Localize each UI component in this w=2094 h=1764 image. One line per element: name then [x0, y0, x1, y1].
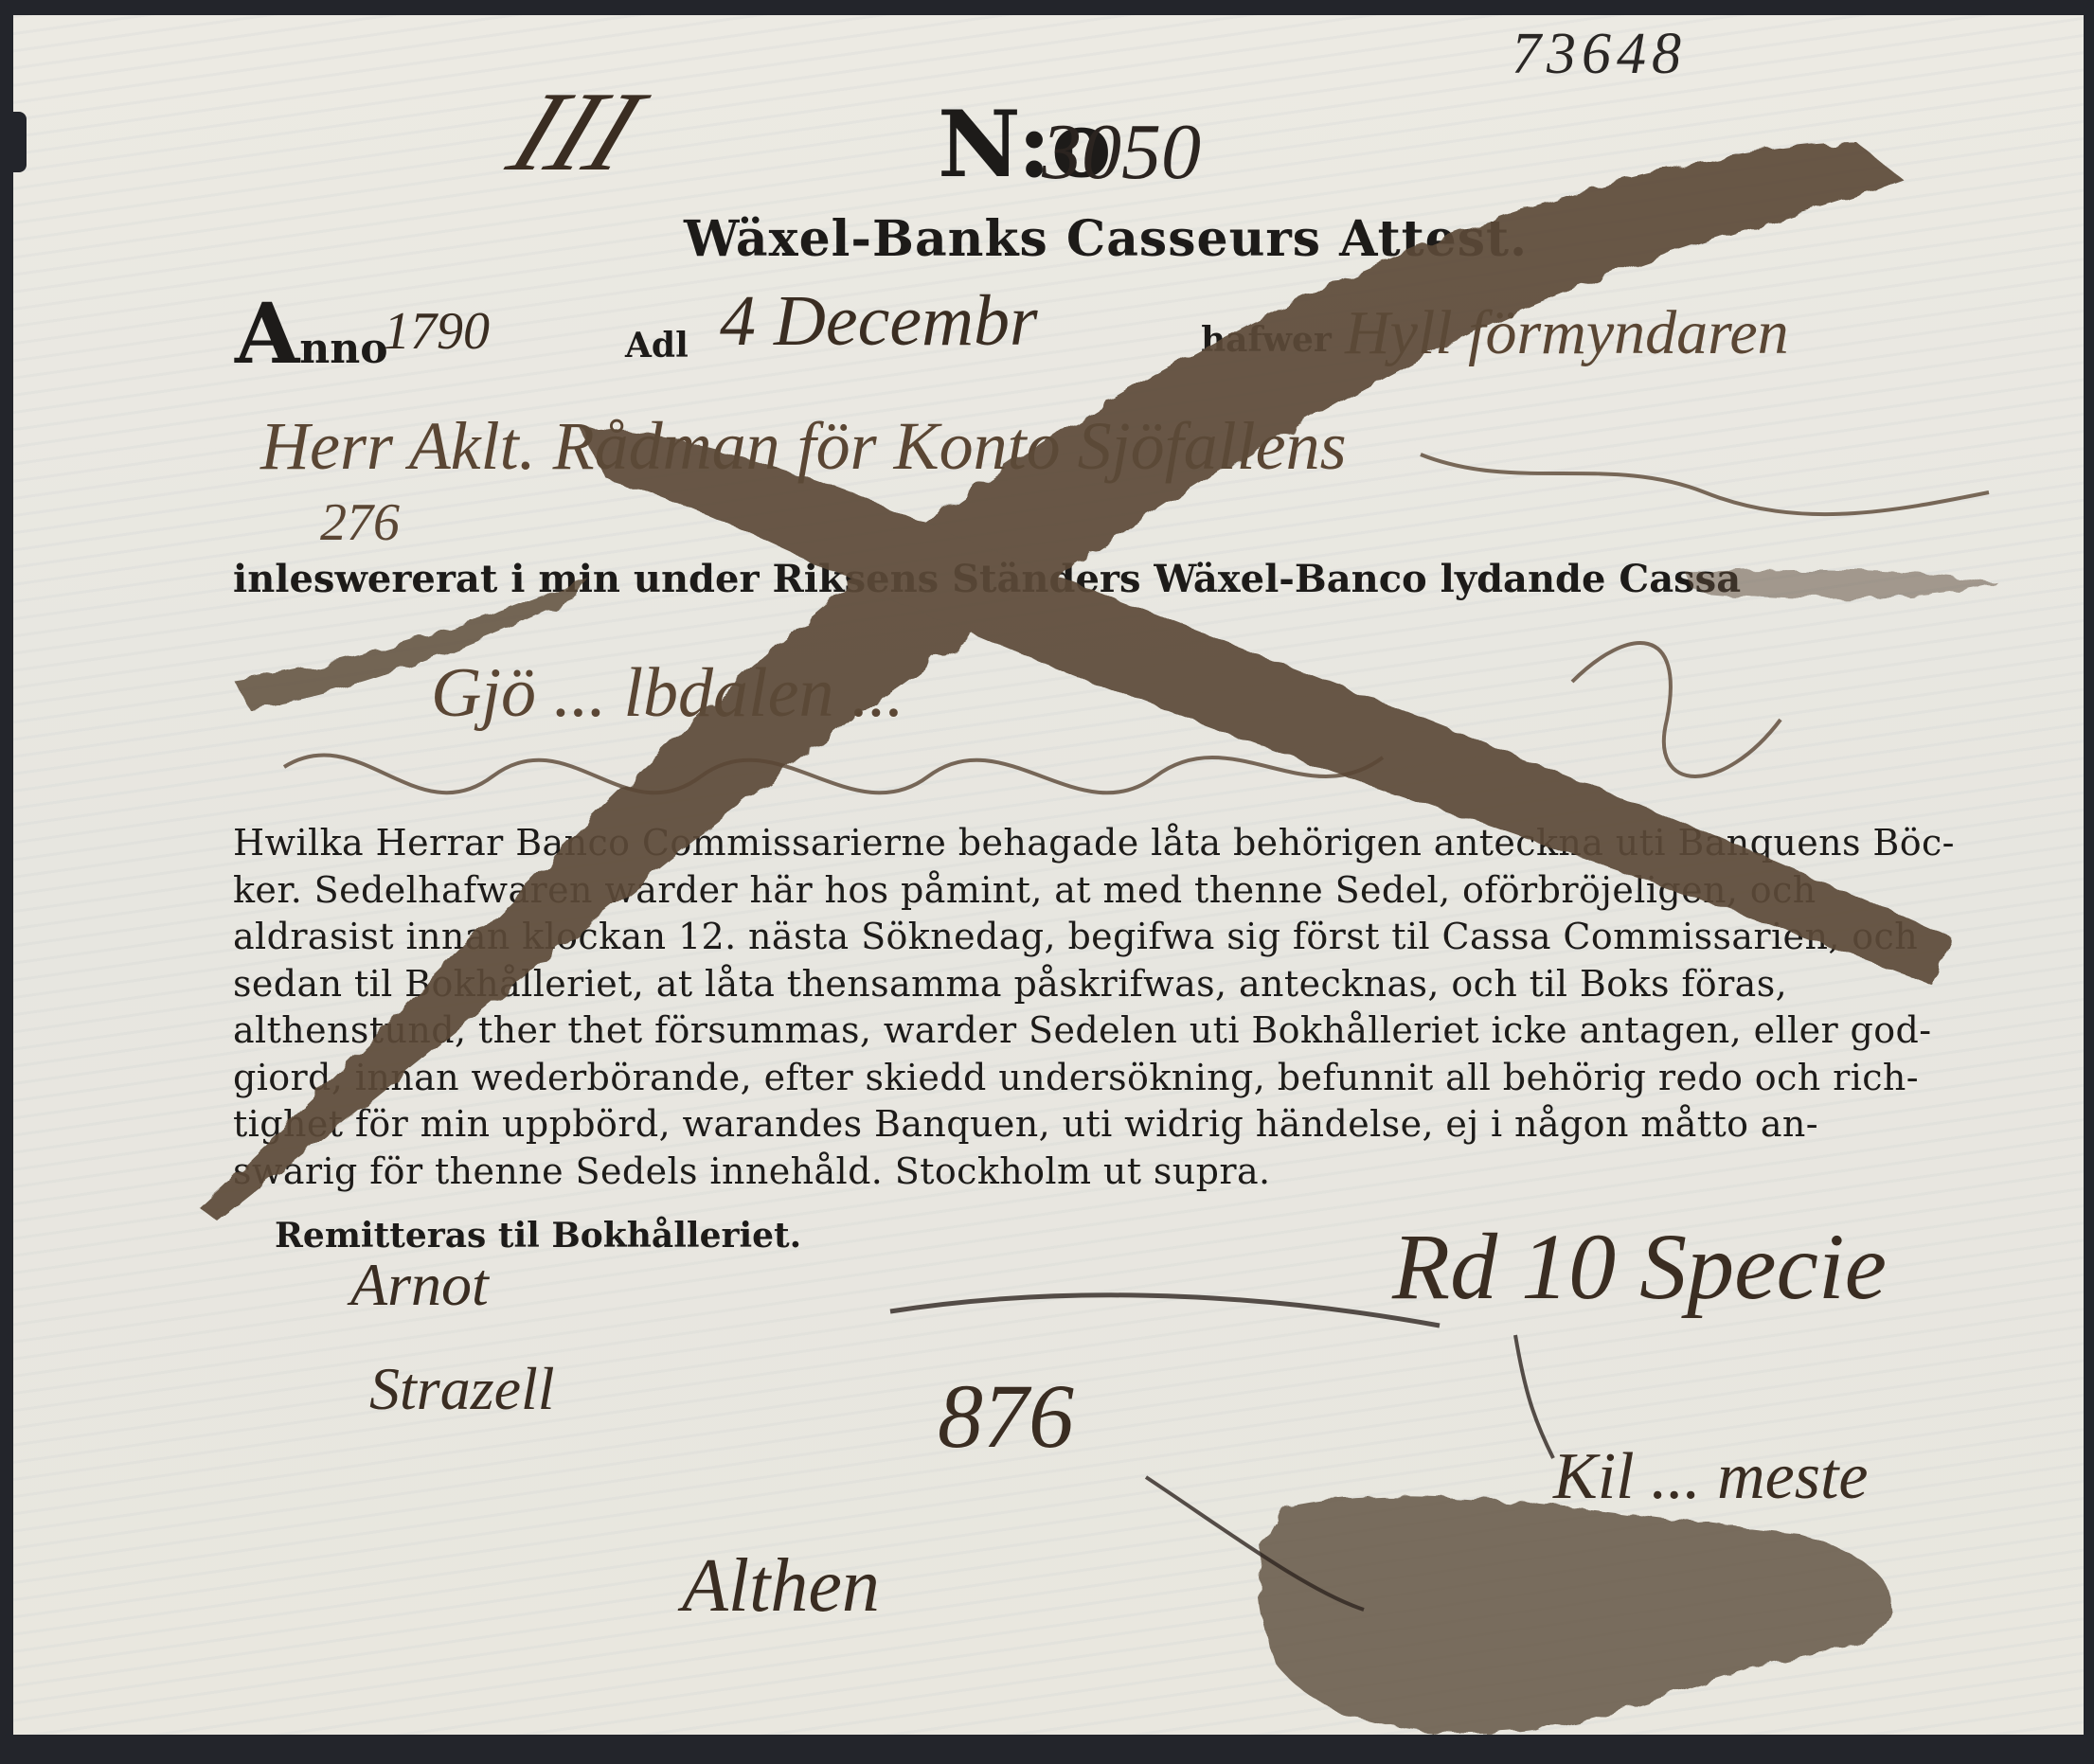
ink-smear: [1259, 1495, 1893, 1733]
cancellation-x: [0, 0, 2094, 1764]
cancel-stroke-1: [199, 142, 1904, 1221]
